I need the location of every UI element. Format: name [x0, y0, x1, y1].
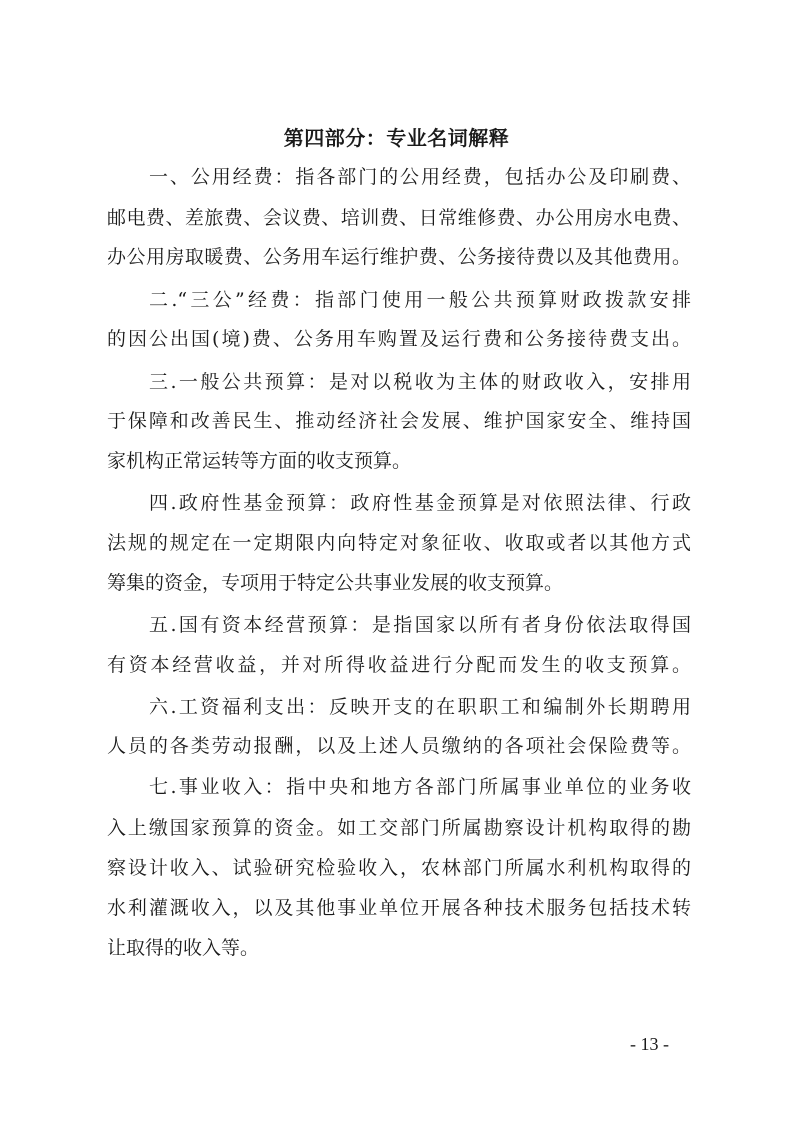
paragraph-line: 于保障和改善民生、推动经济社会发展、维护国家安全、维持国 — [107, 408, 691, 434]
paragraph-line: 三.一般公共预算：是对以税收为主体的财政收入，安排用 — [149, 369, 691, 395]
paragraph-line: 四.政府性基金预算：政府性基金预算是对依照法律、行政 — [149, 490, 691, 516]
paragraph-line: 察设计收入、试验研究检验收入，农林部门所属水利机构取得的 — [107, 855, 691, 881]
paragraph-line: 的因公出国(境)费、公务用车购置及运行费和公务接待费支出。 — [107, 326, 691, 352]
document-page: 第四部分：专业名词解释 一、公用经费：指各部门的公用经费，包括办公及印刷费、 邮… — [0, 0, 793, 1122]
page-title: 第四部分：专业名词解释 — [0, 124, 793, 152]
paragraph-line: 有资本经营收益，并对所得收益进行分配而发生的收支预算。 — [107, 652, 691, 678]
paragraph-line: 人员的各类劳动报酬，以及上述人员缴纳的各项社会保险费等。 — [107, 733, 691, 759]
paragraph-line: 一、公用经费：指各部门的公用经费，包括办公及印刷费、 — [149, 164, 691, 190]
paragraph-line: 让取得的收入等。 — [107, 935, 691, 961]
paragraph-line: 家机构正常运转等方面的收支预算。 — [107, 448, 691, 474]
paragraph-line: 法规的规定在一定期限内向特定对象征收、收取或者以其他方式 — [107, 530, 691, 556]
page-number: - 13 - — [630, 1032, 669, 1056]
paragraph-line: 入上缴国家预算的资金。如工交部门所属勘察设计机构取得的勘 — [107, 815, 691, 841]
paragraph-line: 水利灌溉收入，以及其他事业单位开展各种技术服务包括技术转 — [107, 895, 691, 921]
paragraph-line: 办公用房取暖费、公务用车运行维护费、公务接待费以及其他费用。 — [107, 244, 691, 270]
paragraph-line: 邮电费、差旅费、会议费、培训费、日常维修费、办公用房水电费、 — [107, 205, 691, 231]
paragraph-line: 筹集的资金，专项用于特定公共事业发展的收支预算。 — [107, 570, 691, 596]
paragraph-line: 二.“三公”经费：指部门使用一般公共预算财政拨款安排 — [149, 287, 691, 313]
paragraph-line: 六.工资福利支出：反映开支的在职职工和编制外长期聘用 — [149, 694, 691, 720]
paragraph-line: 五.国有资本经营预算：是指国家以所有者身份依法取得国 — [149, 612, 691, 638]
paragraph-line: 七.事业收入：指中央和地方各部门所属事业单位的业务收 — [149, 774, 691, 800]
